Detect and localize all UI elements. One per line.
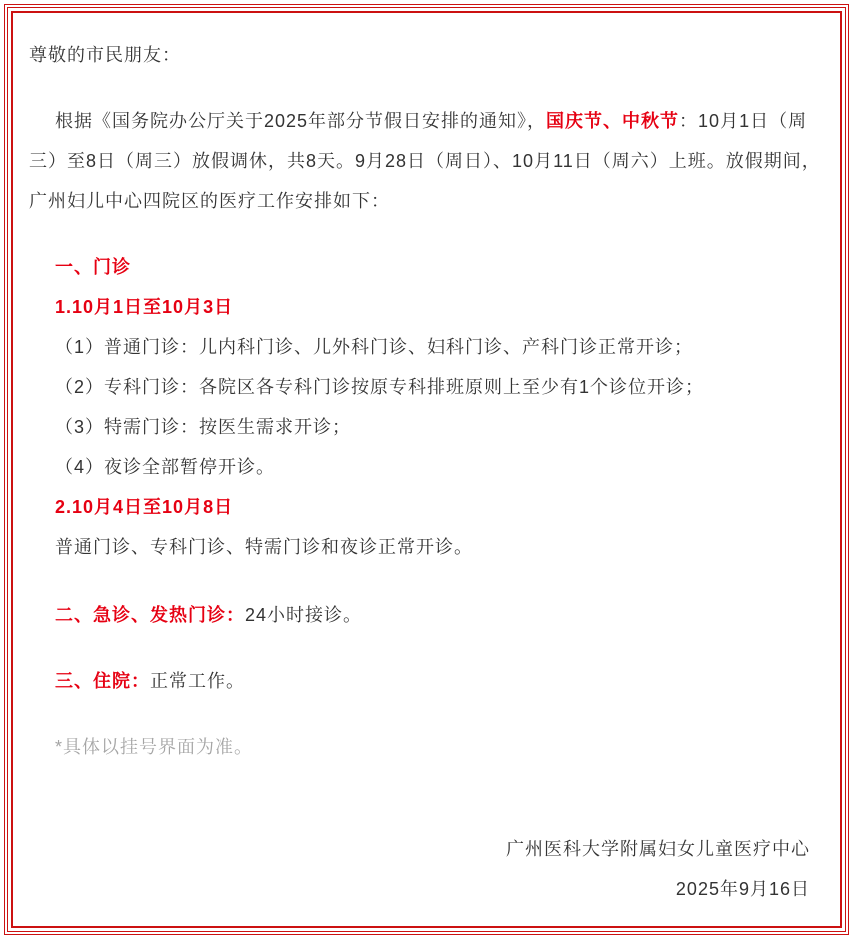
intro-text-before-highlight: 根据《国务院办公厅关于2025年部分节假日安排的通知》， [55, 111, 546, 131]
section-2-heading: 二、急诊、发热门诊： [55, 605, 245, 625]
signature-organization: 广州医科大学附属妇女儿童医疗中心 [29, 829, 824, 869]
section-1-sub-1-heading: 1.10月1日至10月3日 [29, 287, 824, 327]
outpatient-item-1: （1）普通门诊：儿内科门诊、儿外科门诊、妇科门诊、产科门诊正常开诊； [29, 327, 824, 367]
middle-border-frame: 尊敬的市民朋友： 根据《国务院办公厅关于2025年部分节假日安排的通知》，国庆节… [7, 7, 846, 932]
signature-date: 2025年9月16日 [29, 869, 824, 909]
section-2-text: 24小时接诊。 [245, 605, 362, 625]
notice-card: 尊敬的市民朋友： 根据《国务院办公厅关于2025年部分节假日安排的通知》，国庆节… [11, 11, 842, 928]
section-1-sub-2-text: 普通门诊、专科门诊、特需门诊和夜诊正常开诊。 [29, 527, 824, 567]
notice-card-content: 尊敬的市民朋友： 根据《国务院办公厅关于2025年部分节假日安排的通知》，国庆节… [13, 13, 840, 926]
section-3-heading: 三、住院： [55, 671, 150, 691]
greeting-text: 尊敬的市民朋友： [29, 35, 824, 75]
section-1-heading: 一、门诊 [29, 247, 824, 287]
outpatient-item-2: （2）专科门诊：各院区各专科门诊按原专科排班原则上至少有1个诊位开诊； [29, 367, 824, 407]
footnote-text: *具体以挂号界面为准。 [29, 727, 824, 767]
outpatient-item-4: （4）夜诊全部暂停开诊。 [29, 447, 824, 487]
section-3-line: 三、住院：正常工作。 [29, 661, 824, 701]
outpatient-item-3: （3）特需门诊：按医生需求开诊； [29, 407, 824, 447]
holiday-names-highlight: 国庆节、中秋节 [546, 111, 679, 131]
section-1-sub-2-heading: 2.10月4日至10月8日 [29, 487, 824, 527]
section-3-text: 正常工作。 [150, 671, 245, 691]
section-2-line: 二、急诊、发热门诊：24小时接诊。 [29, 595, 824, 635]
notice-page: 尊敬的市民朋友： 根据《国务院办公厅关于2025年部分节假日安排的通知》，国庆节… [0, 0, 857, 951]
outer-border-frame: 尊敬的市民朋友： 根据《国务院办公厅关于2025年部分节假日安排的通知》，国庆节… [4, 4, 849, 935]
intro-paragraph: 根据《国务院办公厅关于2025年部分节假日安排的通知》，国庆节、中秋节：10月1… [29, 101, 824, 221]
